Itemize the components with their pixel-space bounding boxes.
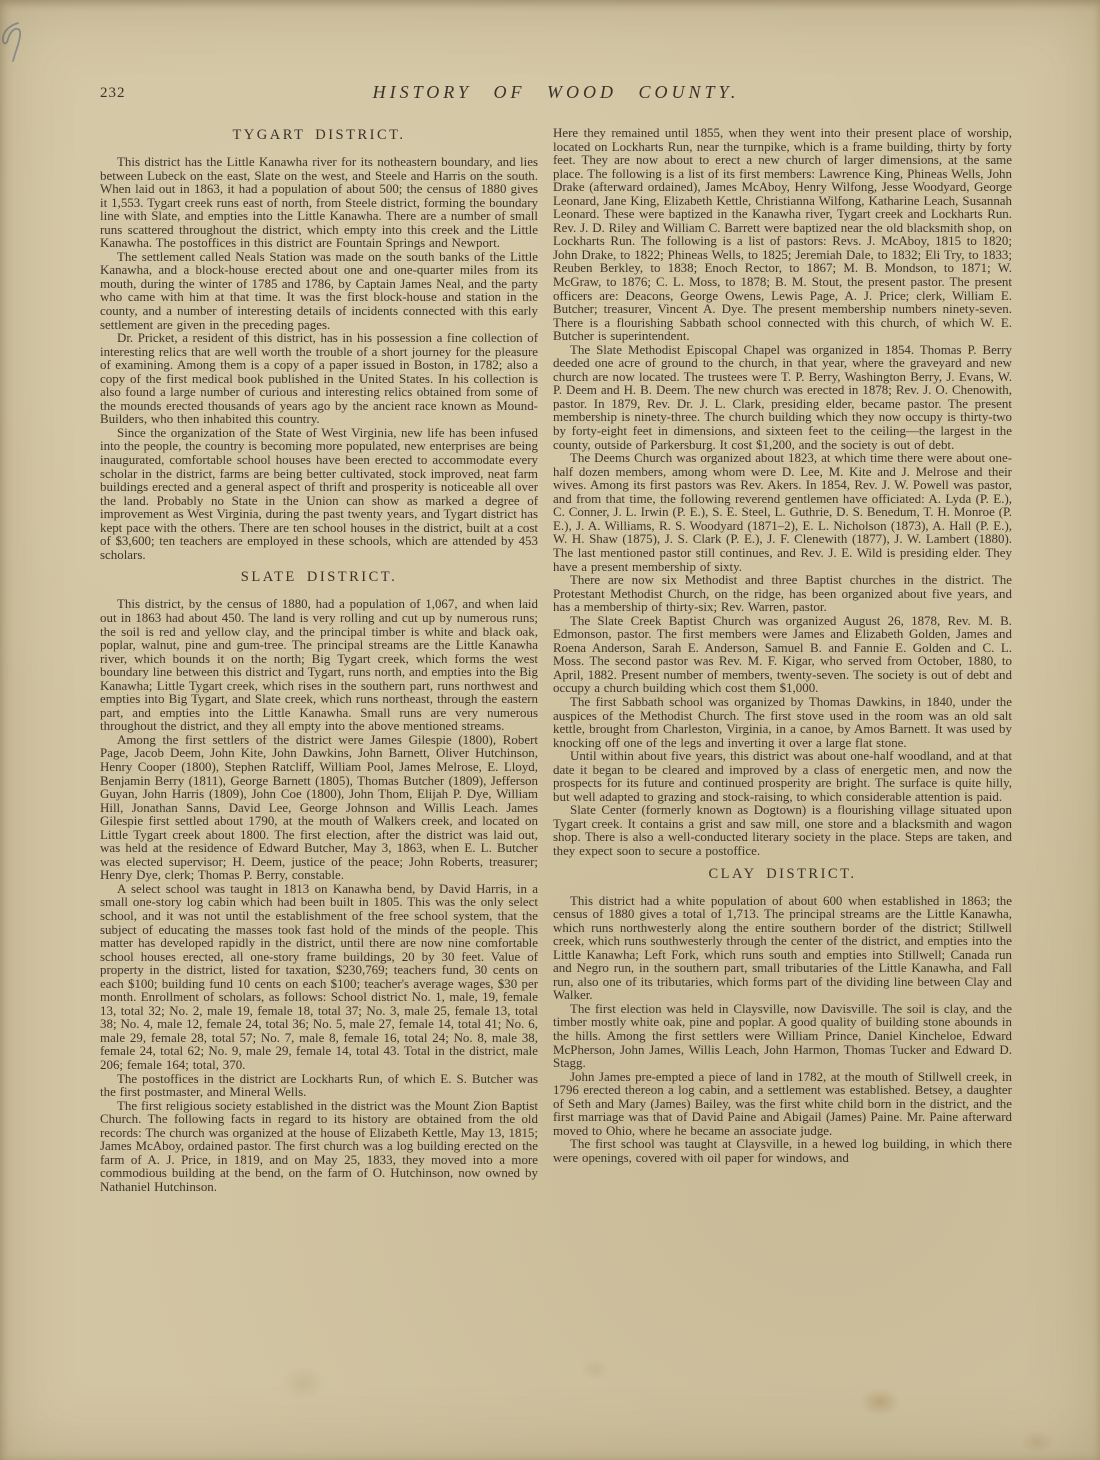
paragraph: Until within about five years, this dist…: [553, 749, 1012, 803]
paragraph: Slate Center (formerly known as Dogtown)…: [553, 803, 1012, 857]
paragraph: Dr. Pricket, a resident of this district…: [100, 331, 538, 426]
paragraph: The first election was held in Claysvill…: [553, 1002, 1012, 1070]
handwritten-pencil-mark: [0, 20, 28, 64]
page-header: 232 HISTORY OF WOOD COUNTY.: [100, 82, 1012, 108]
running-head-title: HISTORY OF WOOD COUNTY.: [100, 82, 1012, 103]
page-number: 232: [100, 85, 126, 102]
paragraph: There are now six Methodist and three Ba…: [553, 573, 1012, 614]
paragraph: Since the organization of the State of W…: [100, 426, 538, 561]
book-page-scan: 232 HISTORY OF WOOD COUNTY. TYGART DISTR…: [0, 0, 1100, 1460]
paragraph: The Deems Church was organized about 182…: [553, 451, 1012, 573]
paragraph: The first school was taught at Claysvill…: [553, 1137, 1012, 1164]
paper-stain: [1020, 1430, 1054, 1454]
text-columns: TYGART DISTRICT.This district has the Li…: [100, 126, 1012, 1421]
paragraph: John James pre-empted a piece of land in…: [553, 1070, 1012, 1138]
paragraph: A select school was taught in 1813 on Ka…: [100, 882, 538, 1072]
paragraph: The settlement called Neals Station was …: [100, 250, 538, 331]
paragraph: This district has the Little Kanawha riv…: [100, 155, 538, 250]
section-heading: SLATE DISTRICT.: [100, 569, 538, 586]
paragraph: Among the first settlers of the district…: [100, 733, 538, 882]
paragraph: The Slate Creek Baptist Church was organ…: [553, 614, 1012, 695]
paragraph: This district, by the census of 1880, ha…: [100, 597, 538, 732]
paragraph: The postoffices in the district are Lock…: [100, 1072, 538, 1099]
paragraph: The first religious society established …: [100, 1099, 538, 1194]
section-heading: CLAY DISTRICT.: [553, 866, 1012, 883]
paragraph: Here they remained until 1855, when they…: [553, 126, 1012, 343]
paragraph: This district had a white population of …: [553, 894, 1012, 1002]
right-column: Here they remained until 1855, when they…: [553, 126, 1012, 1421]
paragraph: The first Sabbath school was organized b…: [553, 695, 1012, 749]
left-column: TYGART DISTRICT.This district has the Li…: [100, 126, 538, 1421]
section-heading: TYGART DISTRICT.: [100, 127, 538, 144]
paragraph: The Slate Methodist Episcopal Chapel was…: [553, 343, 1012, 451]
